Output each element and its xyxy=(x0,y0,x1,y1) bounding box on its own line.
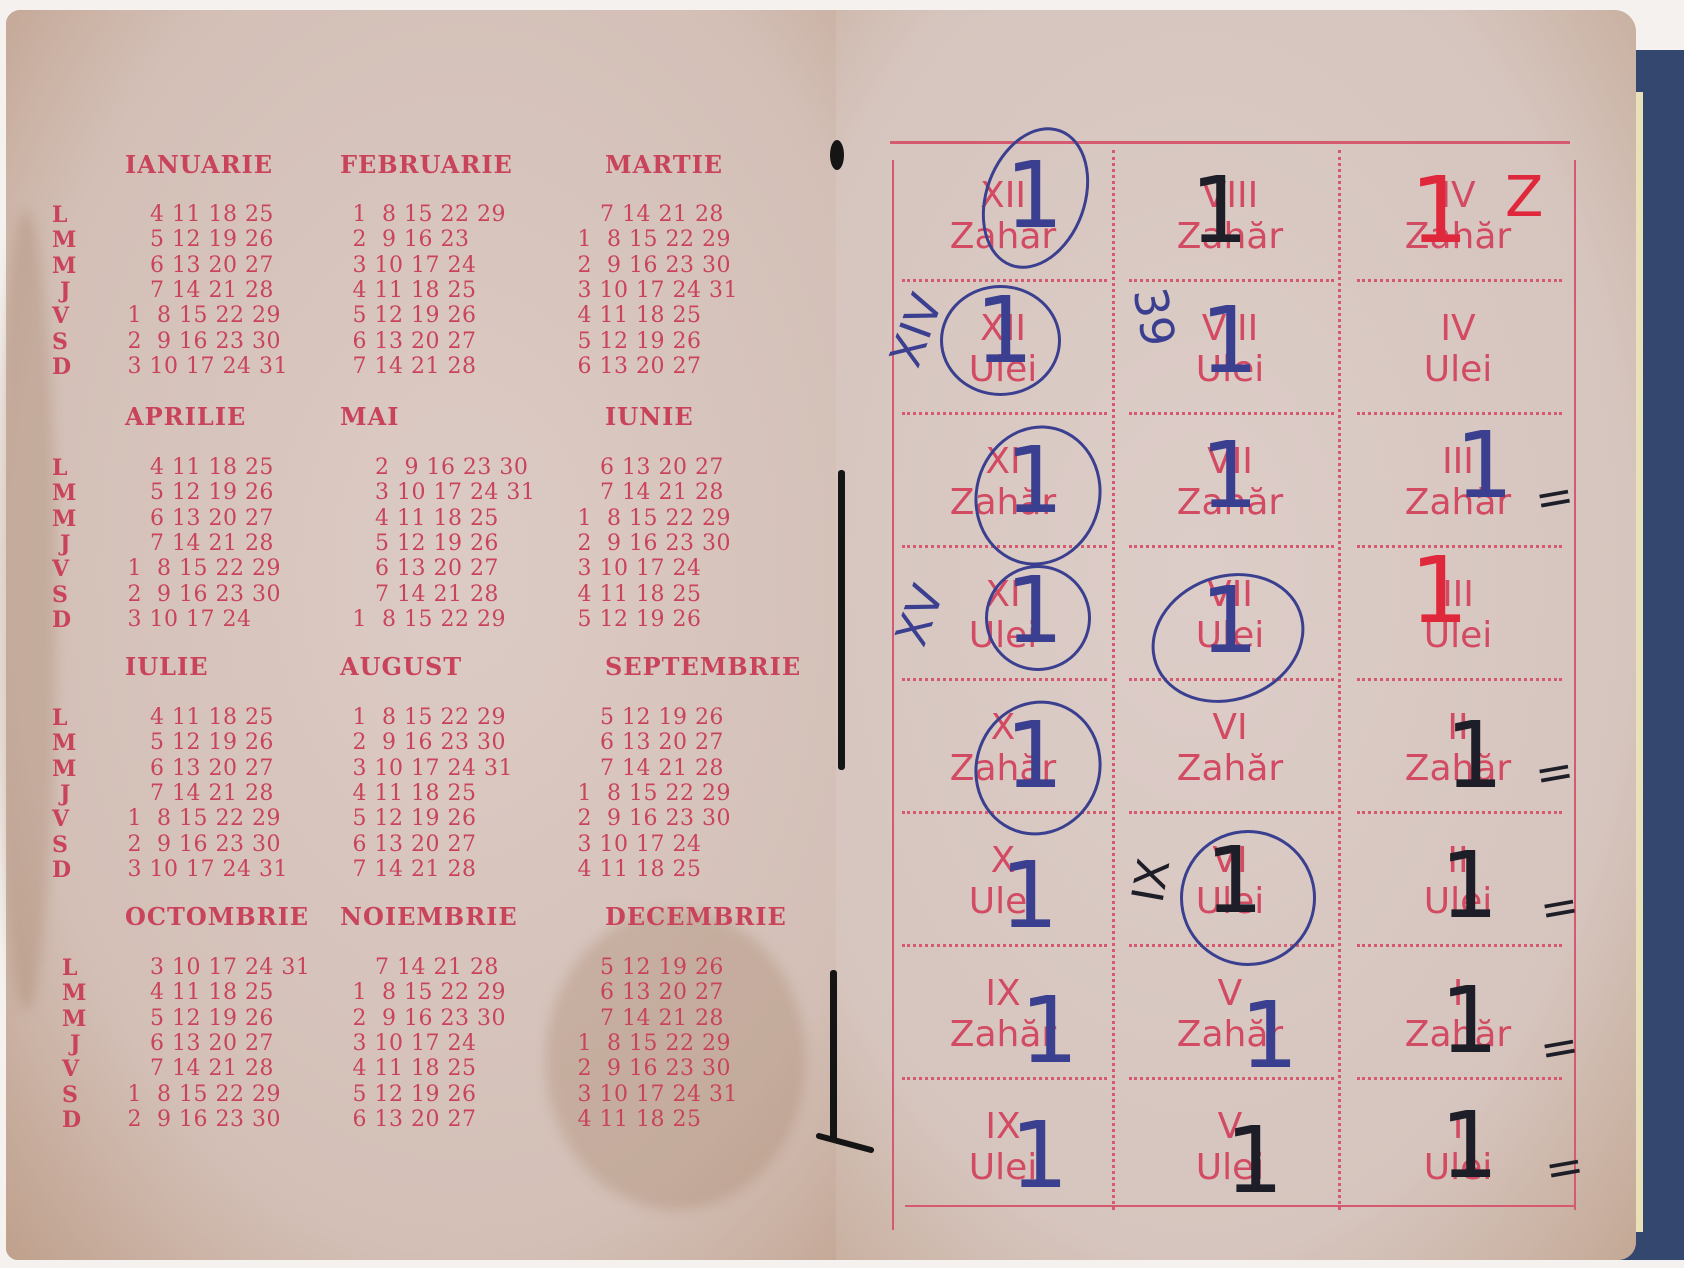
week-row: 3 10 17 24 xyxy=(570,832,701,857)
week-row: 4 11 18 25 xyxy=(120,455,274,480)
tally-mark: 1 xyxy=(1005,710,1064,802)
week-row: 2 9 16 23 30 xyxy=(120,1107,281,1132)
weekday-letter: D xyxy=(62,1107,81,1133)
week-row: 7 14 21 28 xyxy=(120,531,274,556)
perforation-horizontal xyxy=(1357,279,1562,282)
perforation-horizontal xyxy=(1129,1077,1334,1080)
month-name: MAI xyxy=(340,402,399,431)
tally-mark: 1 xyxy=(1020,985,1079,1077)
month-name: OCTOMBRIE xyxy=(125,902,309,931)
week-row: 7 14 21 28 xyxy=(345,955,499,980)
week-row: 5 12 19 26 xyxy=(120,480,274,505)
week-row: 1 8 15 22 29 xyxy=(345,705,506,730)
weekday-letter: M xyxy=(52,253,76,279)
month-name: AUGUST xyxy=(340,652,462,681)
weekday-letter: J xyxy=(70,1031,80,1057)
week-row: 2 9 16 23 30 xyxy=(345,455,528,480)
perforation-horizontal xyxy=(1129,279,1334,282)
weekday-letter: D xyxy=(52,857,71,883)
month-name: MARTIE xyxy=(605,150,723,179)
perforation-horizontal xyxy=(902,412,1107,415)
week-row: 5 12 19 26 xyxy=(345,531,499,556)
week-row: 4 11 18 25 xyxy=(345,781,476,806)
perforation-horizontal xyxy=(1129,545,1334,548)
week-row: 2 9 16 23 30 xyxy=(120,832,281,857)
week-row: 6 13 20 27 xyxy=(345,1107,476,1132)
month-name: IUNIE xyxy=(605,402,694,431)
week-row: 7 14 21 28 xyxy=(120,278,274,303)
week-row: 1 8 15 22 29 xyxy=(120,1082,281,1107)
coupon-ix-ulei: IXUlei xyxy=(890,1081,1116,1214)
tally-mark: 1 xyxy=(1205,835,1264,927)
week-row: 2 9 16 23 30 xyxy=(345,1006,506,1031)
week-row: 5 12 19 26 xyxy=(570,705,724,730)
week-row: 5 12 19 26 xyxy=(570,329,701,354)
week-row: 1 8 15 22 29 xyxy=(120,303,281,328)
week-row: 6 13 20 27 xyxy=(120,506,274,531)
tally-mark: 1 xyxy=(1440,975,1499,1067)
red-tally-mark: 1 xyxy=(1410,545,1469,637)
week-row: 2 9 16 23 30 xyxy=(570,1056,731,1081)
week-row: 1 8 15 22 29 xyxy=(345,607,506,632)
week-row: 7 14 21 28 xyxy=(345,354,476,379)
week-row: 5 12 19 26 xyxy=(570,955,724,980)
week-row: 7 14 21 28 xyxy=(120,1056,274,1081)
week-row: 3 10 17 24 xyxy=(345,253,476,278)
week-row: 2 9 16 23 30 xyxy=(120,329,281,354)
week-row: 1 8 15 22 29 xyxy=(570,506,731,531)
perforation-vertical xyxy=(1112,150,1115,1210)
tally-mark: 1 xyxy=(1200,575,1259,667)
week-row: 4 11 18 25 xyxy=(570,1107,701,1132)
weekday-letter: L xyxy=(52,705,67,731)
tally-mark: 1 xyxy=(975,285,1034,377)
week-row: 2 9 16 23 30 xyxy=(570,806,731,831)
tally-mark: 1 xyxy=(1225,1115,1284,1207)
week-row: 3 10 17 24 31 xyxy=(570,1082,738,1107)
month-name: APRILIE xyxy=(125,402,246,431)
week-row: 5 12 19 26 xyxy=(570,607,701,632)
perforation-vertical xyxy=(1338,150,1341,1210)
weekday-letter: J xyxy=(60,531,70,557)
week-row: 7 14 21 28 xyxy=(120,781,274,806)
coupon-month: IX xyxy=(890,1109,1116,1145)
edge-stain xyxy=(0,210,56,1010)
week-row: 4 11 18 25 xyxy=(345,1056,476,1081)
week-row: 2 9 16 23 30 xyxy=(120,582,281,607)
tally-mark: 1 xyxy=(1005,435,1064,527)
week-row: 5 12 19 26 xyxy=(120,227,274,252)
week-row: 6 13 20 27 xyxy=(570,730,724,755)
week-row: 7 14 21 28 xyxy=(345,857,476,882)
tally-mark: 1 xyxy=(1190,165,1249,257)
week-row: 1 8 15 22 29 xyxy=(345,202,506,227)
week-row: 3 10 17 24 xyxy=(345,1031,476,1056)
week-row: 6 13 20 27 xyxy=(570,980,724,1005)
coupon-product: Ulei xyxy=(890,1149,1116,1187)
week-row: 1 8 15 22 29 xyxy=(570,227,731,252)
margin-note: 39 xyxy=(1123,283,1186,350)
weekday-letter: D xyxy=(52,354,71,380)
week-row: 5 12 19 26 xyxy=(120,730,274,755)
coupon-month: IV xyxy=(1345,311,1571,347)
weekday-letter: L xyxy=(52,202,67,228)
week-row: 4 11 18 25 xyxy=(345,278,476,303)
red-tally-mark: 1 xyxy=(1410,165,1469,257)
binding-thread xyxy=(830,970,837,1140)
week-row: 4 11 18 25 xyxy=(570,303,701,328)
weekday-letter: J xyxy=(60,781,70,807)
perforation-horizontal xyxy=(902,678,1107,681)
week-row: 7 14 21 28 xyxy=(570,202,724,227)
weekday-letter: M xyxy=(52,756,76,782)
week-row: 3 10 17 24 31 xyxy=(120,354,288,379)
binding-thread xyxy=(838,470,845,770)
weekday-letter: M xyxy=(52,506,76,532)
perforation-horizontal xyxy=(1129,412,1334,415)
month-name: IANUARIE xyxy=(125,150,273,179)
week-row: 6 13 20 27 xyxy=(345,556,499,581)
tally-mark: 1 xyxy=(1440,840,1499,932)
coupon-iv-ulei: IVUlei xyxy=(1345,283,1571,416)
week-row: 4 11 18 25 xyxy=(120,980,274,1005)
week-row: 2 9 16 23 30 xyxy=(570,253,731,278)
weekday-letter: J xyxy=(60,278,70,304)
week-row: 4 11 18 25 xyxy=(570,582,701,607)
week-row: 6 13 20 27 xyxy=(120,1031,274,1056)
month-name: FEBRUARIE xyxy=(340,150,513,179)
tally-mark: 1 xyxy=(1455,420,1514,512)
tally-mark: 1 xyxy=(1005,565,1064,657)
week-row: 5 12 19 26 xyxy=(345,1082,476,1107)
weekday-letter: V xyxy=(52,806,69,832)
tally-mark: 1 xyxy=(1200,430,1259,522)
weekday-letter: S xyxy=(52,832,68,858)
perforation-horizontal xyxy=(1129,811,1334,814)
tally-mark: 1 xyxy=(1445,710,1504,802)
red-note: Z xyxy=(1505,165,1543,230)
weekday-letter: S xyxy=(52,582,68,608)
perforation-horizontal xyxy=(1357,811,1562,814)
coupon-product: Ulei xyxy=(1345,351,1571,389)
coupon-month: V xyxy=(1117,976,1343,1012)
week-row: 6 13 20 27 xyxy=(120,253,274,278)
tally-mark: 1 xyxy=(1240,990,1299,1082)
weekday-letter: M xyxy=(52,227,76,253)
week-row: 6 13 20 27 xyxy=(345,329,476,354)
week-row: 3 10 17 24 xyxy=(570,556,701,581)
week-row: 5 12 19 26 xyxy=(120,1006,274,1031)
weekday-letter: M xyxy=(52,480,76,506)
weekday-letter: S xyxy=(52,329,68,355)
binding-hole xyxy=(830,140,844,170)
coupon-month: IX xyxy=(890,976,1116,1012)
week-row: 6 13 20 27 xyxy=(120,756,274,781)
week-row: 7 14 21 28 xyxy=(345,582,499,607)
week-row: 6 13 20 27 xyxy=(345,832,476,857)
perforation-horizontal xyxy=(1357,944,1562,947)
coupon-v-zahar: VZahăr xyxy=(1117,948,1343,1081)
week-row: 3 10 17 24 31 xyxy=(345,480,535,505)
weekday-letter: V xyxy=(52,556,69,582)
week-row: 3 10 17 24 31 xyxy=(120,857,288,882)
week-row: 3 10 17 24 xyxy=(120,607,251,632)
weekday-letter: M xyxy=(52,730,76,756)
week-row: 1 8 15 22 29 xyxy=(345,980,506,1005)
week-row: 4 11 18 25 xyxy=(120,202,274,227)
weekday-letter: D xyxy=(52,607,71,633)
weekday-letter: M xyxy=(62,980,86,1006)
week-row: 2 9 16 23 30 xyxy=(345,730,506,755)
tally-mark: 1 xyxy=(1000,850,1059,942)
weekday-letter: V xyxy=(62,1056,79,1082)
week-row: 4 11 18 25 xyxy=(345,506,499,531)
coupon-product: Zahăr xyxy=(1117,750,1343,788)
week-row: 4 11 18 25 xyxy=(120,705,274,730)
week-row: 1 8 15 22 29 xyxy=(570,1031,731,1056)
perforation-horizontal xyxy=(1357,678,1562,681)
tally-mark: 1 xyxy=(1440,1100,1499,1192)
tally-mark: 1 xyxy=(1010,1110,1069,1202)
week-row: 3 10 17 24 31 xyxy=(120,955,310,980)
weekday-letter: M xyxy=(62,1006,86,1032)
week-row: 1 8 15 22 29 xyxy=(120,556,281,581)
week-row: 2 9 16 23 xyxy=(345,227,469,252)
week-row: 6 13 20 27 xyxy=(570,354,701,379)
coupon-month: VI xyxy=(1117,710,1343,746)
margin-note: IX xyxy=(1123,855,1181,906)
month-name: SEPTEMBRIE xyxy=(605,652,801,681)
week-row: 1 8 15 22 29 xyxy=(570,781,731,806)
week-row: 1 8 15 22 29 xyxy=(120,806,281,831)
week-row: 5 12 19 26 xyxy=(345,303,476,328)
week-row: 3 10 17 24 31 xyxy=(570,278,738,303)
month-name: IULIE xyxy=(125,652,209,681)
weekday-letter: V xyxy=(52,303,69,329)
week-row: 4 11 18 25 xyxy=(570,857,701,882)
week-row: 7 14 21 28 xyxy=(570,480,724,505)
coupon-product: Zahăr xyxy=(890,1016,1116,1054)
week-row: 7 14 21 28 xyxy=(570,756,724,781)
week-row: 7 14 21 28 xyxy=(570,1006,724,1031)
week-row: 6 13 20 27 xyxy=(570,455,724,480)
month-name: NOIEMBRIE xyxy=(340,902,518,931)
weekday-letter: L xyxy=(52,455,67,481)
coupon-ix-zahar: IXZahăr xyxy=(890,948,1116,1081)
perforation-horizontal xyxy=(1357,1077,1562,1080)
weekday-letter: S xyxy=(62,1082,78,1108)
week-row: 2 9 16 23 30 xyxy=(570,531,731,556)
coupon-product: Zahăr xyxy=(1117,1016,1343,1054)
month-name: DECEMBRIE xyxy=(605,902,787,931)
week-row: 3 10 17 24 31 xyxy=(345,756,513,781)
tally-mark: 1 xyxy=(1005,150,1064,242)
weekday-letter: L xyxy=(62,955,77,981)
tally-mark: 1 xyxy=(1200,295,1259,387)
week-row: 5 12 19 26 xyxy=(345,806,476,831)
